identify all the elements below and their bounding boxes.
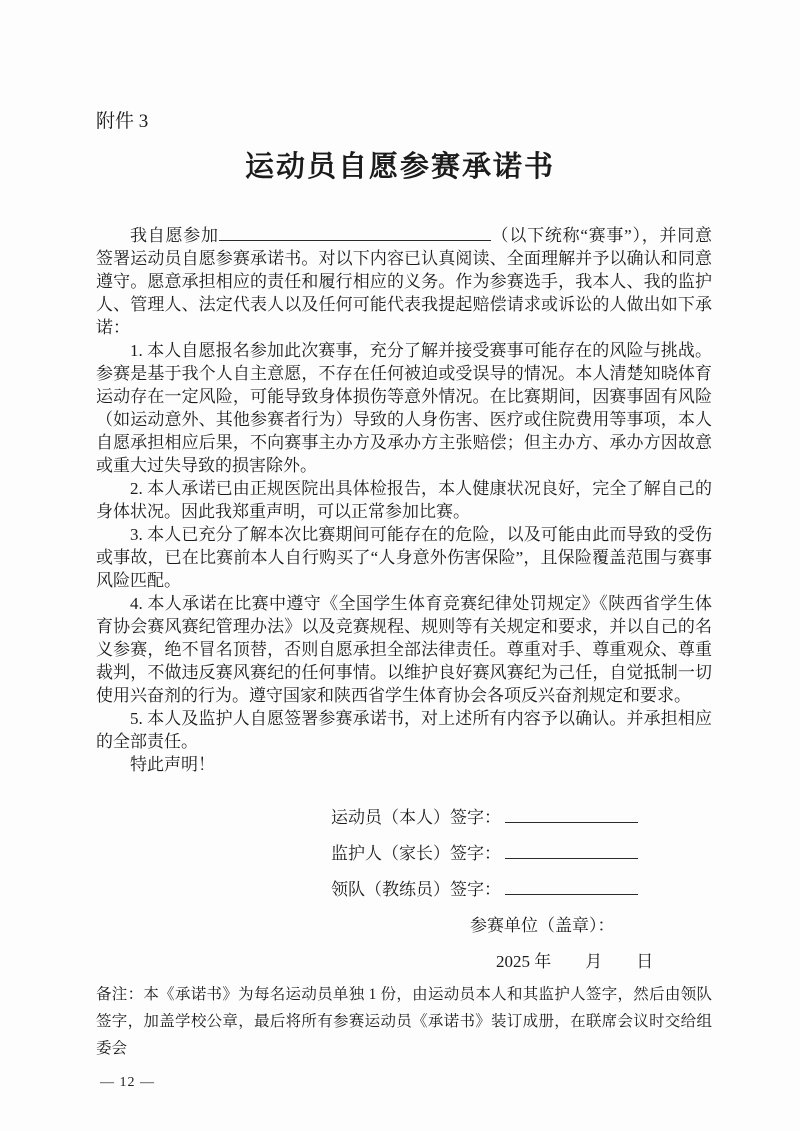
clause-3: 3. 本人已充分了解本次比赛期间可能存在的危险，以及可能由此而导致的受伤或事故，… (96, 523, 712, 592)
clause-2: 2. 本人承诺已由正规医院出具体检报告，本人健康状况良好，完全了解自己的身体状况… (96, 477, 712, 523)
athlete-signature-row: 运动员（本人）签字： (331, 806, 712, 829)
document-page: 附件 3 运动员自愿参赛承诺书 我自愿参加（以下统称“赛事”），并同意签署运动员… (0, 0, 800, 1131)
page-number: — 12 — (100, 1071, 712, 1094)
attachment-label: 附件 3 (96, 110, 148, 134)
intro-prefix-text: 我自愿参加 (130, 226, 219, 245)
athlete-signature-label: 运动员（本人）签字： (331, 808, 501, 827)
signature-section: 运动员（本人）签字： 监护人（家长）签字： 领队（教练员）签字： (331, 806, 712, 901)
clause-4: 4. 本人承诺在比赛中遵守《全国学生体育竞赛纪律处罚规定》《陕西省学生体育协会赛… (96, 592, 712, 707)
athlete-signature-blank (505, 808, 638, 823)
document-body: 我自愿参加（以下统称“赛事”），并同意签署运动员自愿参赛承诺书。对以下内容已认真… (96, 224, 712, 1094)
declaration-line: 特此声明！ (96, 753, 712, 776)
date-line: 2025 年 月 日 (496, 950, 712, 973)
event-name-blank (219, 225, 491, 241)
clause-1: 1. 本人自愿报名参加此次赛事，充分了解并接受赛事可能存在的风险与挑战。参赛是基… (96, 339, 712, 477)
intro-paragraph: 我自愿参加（以下统称“赛事”），并同意签署运动员自愿参赛承诺书。对以下内容已认真… (96, 224, 712, 339)
coach-signature-row: 领队（教练员）签字： (331, 878, 712, 901)
coach-signature-label: 领队（教练员）签字： (331, 880, 501, 899)
page-title: 运动员自愿参赛承诺书 (0, 146, 800, 188)
guardian-signature-blank (505, 844, 638, 859)
unit-seal-label: 参赛单位（盖章）： (470, 914, 712, 937)
guardian-signature-row: 监护人（家长）签字： (331, 842, 712, 865)
guardian-signature-label: 监护人（家长）签字： (331, 844, 501, 863)
remarks-note: 备注：本《承诺书》为每名运动员单独 1 份，由运动员本人和其监护人签字，然后由领… (96, 981, 712, 1062)
coach-signature-blank (505, 880, 638, 895)
clause-5: 5. 本人及监护人自愿签署参赛承诺书，对上述所有内容予以确认。并承担相应的全部责… (96, 707, 712, 753)
